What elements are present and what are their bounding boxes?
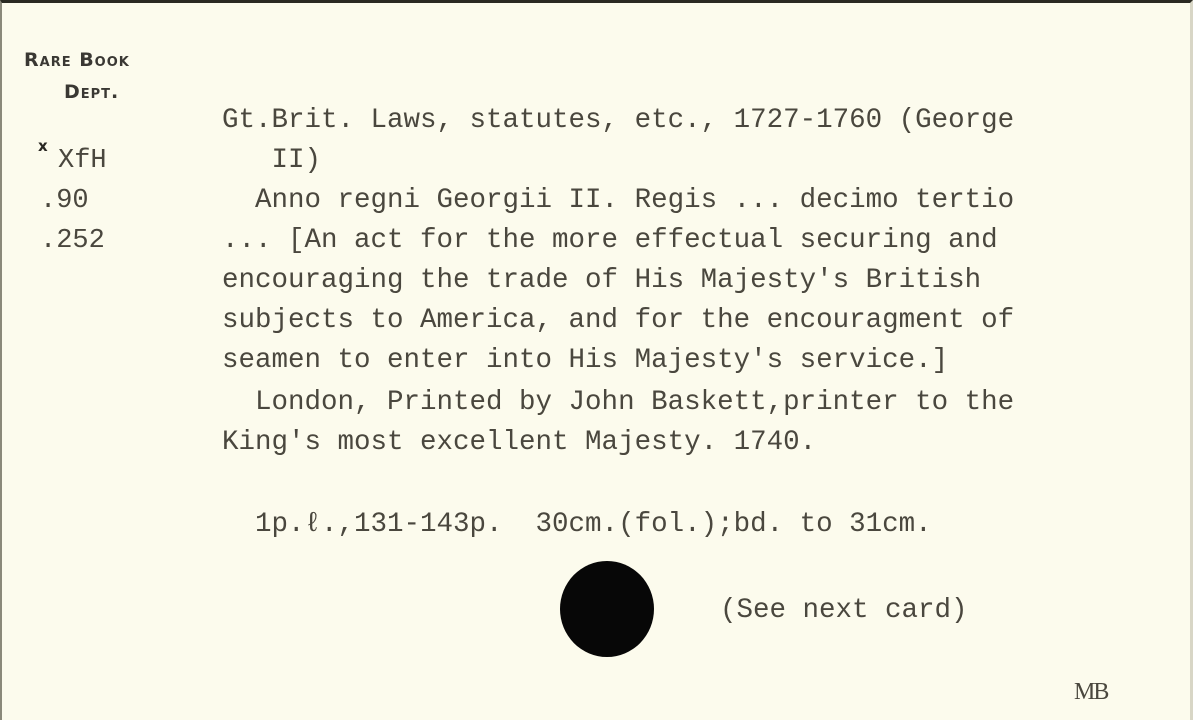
- collation-line: 1p.ℓ.,131-143p. 30cm.(fol.);bd. to 31cm.: [222, 505, 932, 545]
- title-line: seamen to enter into His Majesty's servi…: [222, 341, 948, 381]
- see-next-card-note: (See next card): [720, 591, 968, 631]
- title-line: subjects to America, and for the encoura…: [222, 301, 1014, 341]
- imprint-line: London, Printed by John Baskett,printer …: [222, 383, 1014, 423]
- call-number-line-1: XfH: [58, 141, 107, 181]
- department-stamp-line-2: Dept.: [64, 81, 119, 103]
- call-number-mark: x: [38, 137, 48, 155]
- call-number-line-2: .90: [40, 181, 89, 221]
- department-stamp-line-1: Rare Book: [24, 49, 130, 71]
- catalog-card: Rare Book Dept. x XfH .90 .252 Gt.Brit. …: [0, 0, 1193, 720]
- title-line: encouraging the trade of His Majesty's B…: [222, 261, 981, 301]
- heading-line-1: Gt.Brit. Laws, statutes, etc., 1727-1760…: [222, 101, 1014, 141]
- punch-hole: [560, 561, 654, 657]
- cataloger-initials: MB: [1074, 679, 1107, 706]
- imprint-line: King's most excellent Majesty. 1740.: [222, 423, 816, 463]
- title-line: ... [An act for the more effectual secur…: [222, 221, 998, 261]
- title-line: Anno regni Georgii II. Regis ... decimo …: [222, 181, 1014, 221]
- call-number-line-3: .252: [40, 221, 105, 261]
- heading-line-2: II): [222, 141, 321, 181]
